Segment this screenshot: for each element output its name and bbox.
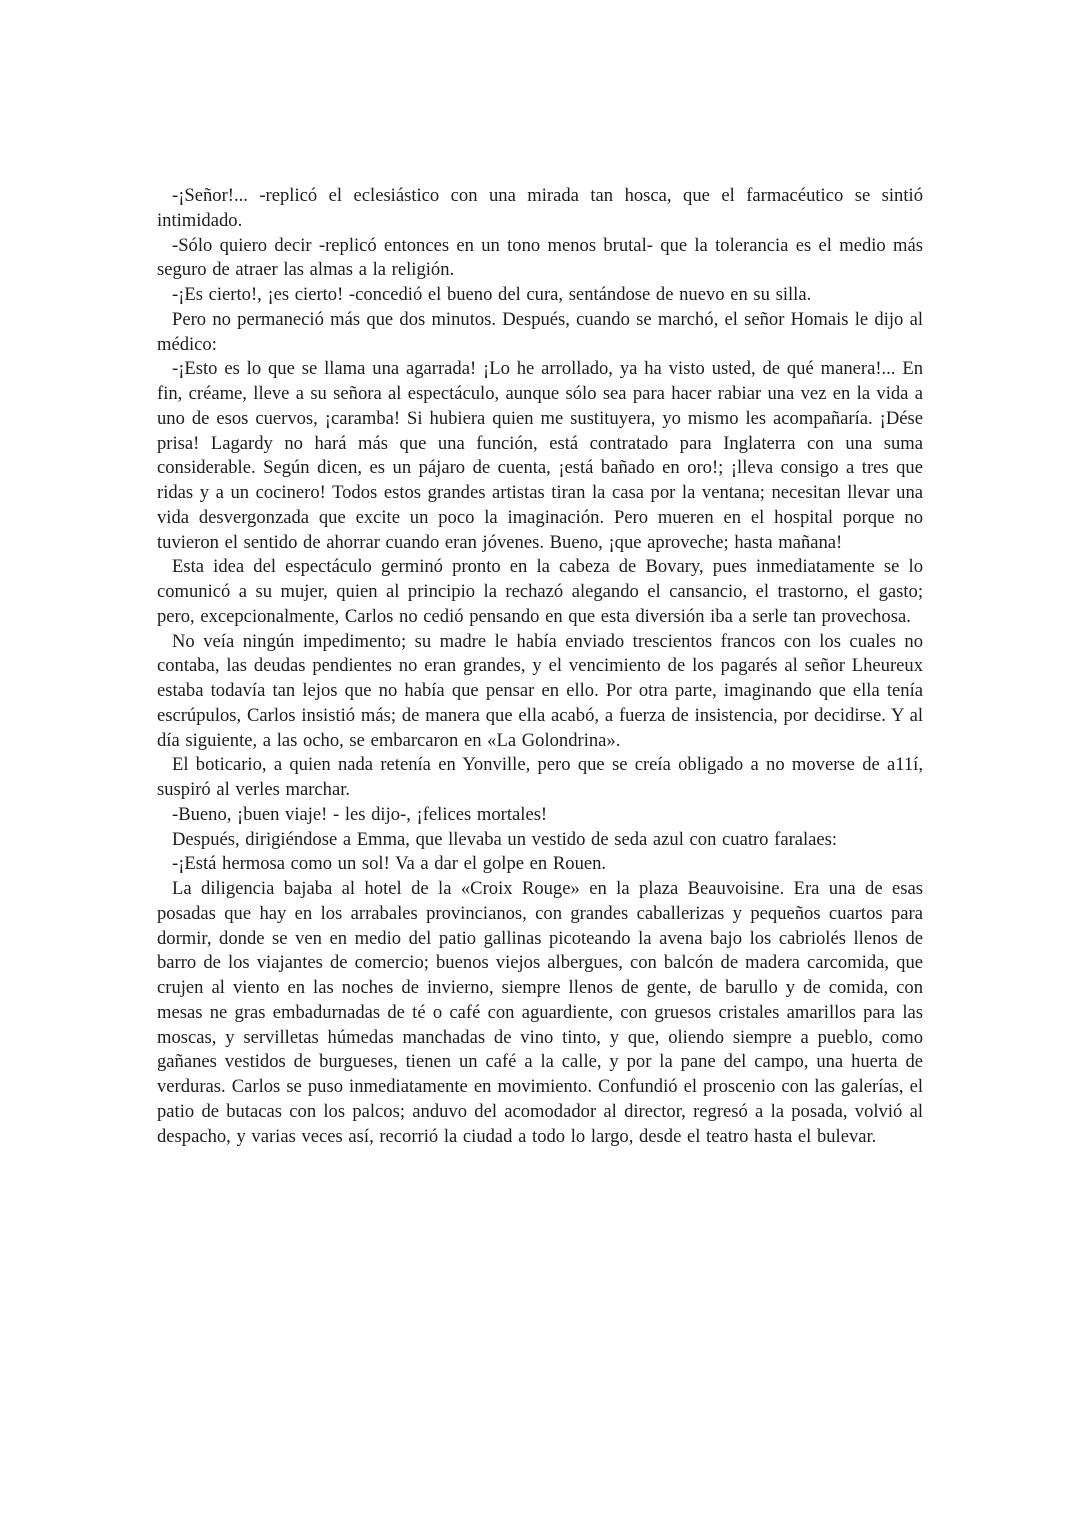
paragraph-8: El boticario, a quien nada retenía en Yo… <box>157 753 923 803</box>
paragraph-6: Esta idea del espectáculo germinó pronto… <box>157 555 923 629</box>
book-page: -¡Señor!... -replicó el eclesiástico con… <box>0 0 1080 1525</box>
paragraph-11: -¡Está hermosa como un sol! Va a dar el … <box>157 852 923 877</box>
paragraph-12: La diligencia bajaba al hotel de la «Cro… <box>157 877 923 1149</box>
paragraph-10: Después, dirigiéndose a Emma, que llevab… <box>157 828 923 853</box>
paragraph-5: -¡Esto es lo que se llama una agarrada! … <box>157 357 923 555</box>
paragraph-4: Pero no permaneció más que dos minutos. … <box>157 308 923 358</box>
text-column: -¡Señor!... -replicó el eclesiástico con… <box>157 184 923 1149</box>
paragraph-7: No veía ningún impedimento; su madre le … <box>157 630 923 754</box>
paragraph-1: -¡Señor!... -replicó el eclesiástico con… <box>157 184 923 234</box>
paragraph-9: -Bueno, ¡buen viaje! - les dijo-, ¡felic… <box>157 803 923 828</box>
paragraph-2: -Sólo quiero decir -replicó entonces en … <box>157 234 923 284</box>
paragraph-3: -¡Es cierto!, ¡es cierto! -concedió el b… <box>157 283 923 308</box>
